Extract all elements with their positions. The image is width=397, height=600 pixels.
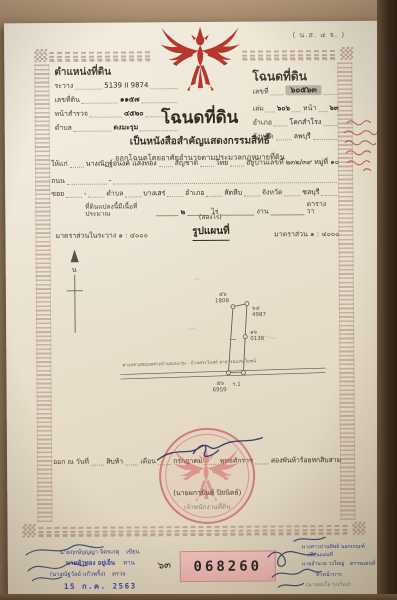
officer-name: (นายผกายันต์ ปิยนิตย์) [137, 487, 277, 499]
official-left-line-2: นายหัวทอง อยู่เย็น ทาน [66, 557, 135, 567]
nationality-value: ไทย [216, 160, 228, 167]
ornament-checker [340, 47, 353, 60]
road-name: ทางหลวงชนบทสายบ้านดงมะรุม - บ้านสระโบสถ์… [122, 357, 257, 368]
scale-right: มาตราส่วน ๑ : ๔๐๐๐ [274, 229, 339, 240]
marker-number: 6959 [213, 387, 228, 393]
soi-value: - [84, 191, 87, 198]
parcel-map-sketch: น ๕๖ 1808 ๖๔ 4987 [66, 247, 347, 419]
wa-label: ตารางวา [307, 201, 332, 215]
amphoe-value: สัตหีบ [224, 190, 242, 197]
official-right-line-3: หัวหน้าการ [316, 571, 342, 579]
benchmark-label: ร.1 [233, 382, 241, 388]
table-background-right [377, 0, 397, 600]
official-left-line-3: (นางณัฐวัลย์ แก้วพริ้ง) ตรวจ [50, 568, 126, 579]
area-in-words: (สองไร่) [155, 211, 265, 222]
official-name: นายฤกษ์บุญญา จิตรเกตุ [60, 550, 120, 556]
official-role: ทาน [123, 559, 135, 566]
photo-of-document: ( น.ส. ๔ จ. ) ตำแหน่งที่ดิน ระวาง 5139 I… [0, 0, 397, 600]
road-lines [120, 368, 325, 379]
issue-year: สองพันห้าร้อยหกสิบสาม [271, 457, 341, 464]
official-name: นายอำนวย วงใหญ่ [302, 561, 345, 567]
ornament-band-top-left [49, 49, 151, 63]
ornament-checker [352, 522, 365, 535]
address-value: ๒๓๒/๓๙ หมู่ที่ ๑๐ [286, 159, 339, 166]
marker-number: 1808 [215, 298, 230, 304]
marker-id: ๕๖ [219, 292, 227, 298]
land-title-deed-paper: ( น.ส. ๔ จ. ) ตำแหน่งที่ดิน ระวาง 5139 I… [4, 21, 383, 600]
field-label: เลขที่ [252, 88, 268, 95]
official-left-line-1: นายฤกษ์บุญญา จิตรเกตุ เขียน [60, 546, 140, 557]
tambon-value: บางเสร่ [143, 190, 165, 197]
area-lead: ที่ดินแปลงนี้มีเนื้อที่ประมาณ [85, 203, 154, 216]
marker-number: 4987 [252, 312, 267, 318]
nationality-label: สัญชาติ [175, 160, 199, 167]
form-code: ( น.ส. ๔ จ. ) [293, 30, 346, 41]
handwritten-book-number: ๖๓ [157, 558, 172, 574]
deed-number-stamp: ๖๐๕๖๓ [285, 85, 322, 95]
scale-row: มาตราส่วนในระวาง ๑ : ๔๐๐๐ รูปแผนที่ มาตร… [55, 223, 339, 242]
address-label: อยู่บ้านเลขที่ [246, 159, 284, 166]
grantee-to-label: ให้แก่ [51, 161, 68, 168]
field-ravang: ระวาง 5139 II 9874 [54, 80, 179, 90]
ornament-checker [22, 524, 35, 537]
issue-prefix: ออก ณ วันที่ [53, 459, 89, 466]
province-value: ชลบุรี [302, 189, 319, 196]
serial-number-box: 068260 [180, 550, 276, 582]
official-role: ตรวจ [112, 571, 126, 577]
field-label: ระวาง [54, 83, 73, 90]
marker-number: 0136 [250, 336, 265, 342]
serial-number: 068260 [193, 558, 262, 574]
grantee-line: ให้แก่ นางณัฏฐ์อนงค์ แสงทอง สัญชาติ ไทย … [51, 157, 339, 168]
province-label: จังหวัด [262, 189, 283, 196]
official-name: นายหัวทอง อยู่เย็น [66, 560, 115, 567]
official-right-role-1: เขียนแผนที่ [308, 551, 333, 559]
field-value: ๑๑๕๗ [120, 96, 140, 103]
grantee-name: นางณัฏฐ์อนงค์ แสงทอง [86, 160, 157, 167]
road-line: ถนน - [51, 174, 339, 185]
issue-day: สิบห้า [106, 459, 123, 466]
ornament-checker [34, 49, 47, 62]
road-value: - [109, 178, 112, 185]
position-box-title: ตำแหน่งที่ดิน [54, 65, 111, 80]
official-role: ตรวจแผนที่ [350, 561, 376, 567]
deed-box-title: โฉนดที่ดิน [252, 67, 307, 86]
ornament-band-top-right [242, 48, 338, 62]
official-name: (นางณัฐวัลย์ แก้วพริ้ง) [50, 572, 106, 578]
land-officer-signature [147, 425, 269, 468]
page-title: โฉนดที่ดิน [65, 103, 335, 132]
soi-line: - ซอย - ตำบล บางเสร่ อำเภอ สัตหีบ จังหวั… [51, 187, 339, 198]
field-label: เลขที่ดิน [55, 97, 80, 104]
heading-subtitle: เป็นหนังสือสำคัญแสดงกรรมสิทธิ์ [65, 133, 335, 150]
table-background-bottom [0, 594, 397, 600]
heading-block: โฉนดที่ดิน เป็นหนังสือสำคัญแสดงกรรมสิทธิ… [65, 103, 335, 165]
date-stamp: 15 ก.ค. 2563 [64, 580, 137, 593]
officer-title: เจ้าพนักงานที่ดิน [137, 501, 277, 512]
field-deed-number: เลขที่ ๖๐๕๖๓ [252, 85, 338, 96]
map-section-title: รูปแผนที่ [192, 224, 230, 241]
official-right-line-4: (นายสมใจ รุ่งเรือง) [306, 581, 351, 589]
amphoe-label: อำเภอ [185, 190, 204, 197]
scale-left: มาตราส่วนในระวาง ๑ : ๔๐๐๐ [55, 230, 147, 242]
road-label: ถนน [51, 178, 65, 185]
soi-label: ซอย [51, 191, 64, 198]
north-label: น [72, 266, 77, 274]
north-arrow [67, 251, 84, 333]
tambon-label: ตำบล [106, 190, 123, 197]
official-name: นางสาวปานทิพย์ นอกเกณฑ์ [302, 544, 365, 550]
field-value: 5139 II 9874 [104, 82, 148, 89]
official-role: เขียน [126, 549, 139, 555]
field-land-number: เลขที่ดิน ๑๑๕๗ [54, 94, 179, 104]
ornament-band-left [34, 64, 52, 522]
red-margin-handwriting [341, 117, 379, 179]
marker-id: ๕๖ [216, 381, 224, 387]
official-right-line-1: นางสาวปานทิพย์ นอกเกณฑ์ [302, 543, 365, 551]
marker-id: ๑๖ [250, 330, 258, 336]
marker-id: ๖๔ [252, 306, 260, 312]
official-right-line-2: นายอำนวย วงใหญ่ ตรวจแผนที่ [302, 560, 376, 569]
